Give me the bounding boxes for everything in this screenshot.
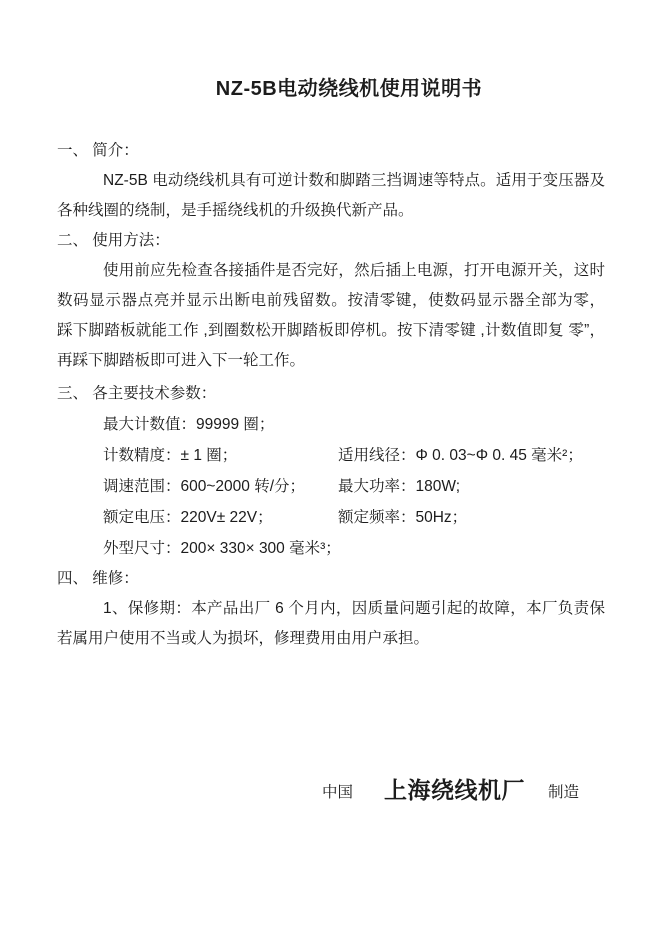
spec-row: 计数精度：± 1 圈；适用线径：Φ 0. 03~Φ 0. 45 毫米²；	[57, 440, 605, 471]
manual-document-page: NZ-5B电动绕线机使用说明书 一、 简介： NZ-5B 电动绕线机具有可逆计数…	[0, 0, 662, 936]
spec-max-power: 最大功率：180W;	[338, 471, 460, 502]
paragraph-line: 踩下脚踏板就能工作 ,到圈数松开脚踏板即停机。按下清零键 ,计数值即复 零”，	[57, 316, 605, 346]
specs-section: 三、 各主要技术参数： 最大计数值：99999 圈； 计数精度：± 1 圈；适用…	[57, 378, 605, 564]
paragraph-line: 数码显示器点亮并显示出断电前残留数。按清零键，使数码显示器全部为零，	[57, 286, 605, 316]
section-intro-heading: 一、 简介：	[57, 136, 605, 166]
paragraph-line: 使用前应先检查各接插件是否完好，然后插上电源，打开电源开关，这时	[57, 256, 605, 286]
footer-country-label: 中国	[322, 780, 353, 802]
section-repair-heading: 四、 维修：	[57, 564, 605, 594]
footer-factory-name: 上海绕线机厂	[384, 772, 525, 805]
paragraph-line: 1、保修期：本产品出厂 6 个月内，因质量问题引起的故障，本厂负责保修，	[57, 594, 605, 624]
spec-count-accuracy: 计数精度：± 1 圈；	[103, 440, 338, 471]
spec-max-count: 最大计数值：99999 圈；	[103, 409, 338, 440]
paragraph-line: 若属用户使用不当或人为损坏，修理费用由用户承担。	[57, 624, 605, 654]
document-body: 一、 简介： NZ-5B 电动绕线机具有可逆计数和脚踏三挡调速等特点。适用于变压…	[57, 136, 605, 654]
manufacturer-footer: 中国 上海绕线机厂 制造	[0, 772, 662, 808]
section-usage-heading: 二、 使用方法：	[57, 226, 605, 256]
spec-rated-frequency: 额定频率：50Hz；	[338, 502, 467, 533]
spec-row: 外型尺寸：200× 330× 300 毫米³；	[57, 533, 605, 564]
spec-row: 额定电压：220V± 22V；额定频率：50Hz；	[57, 502, 605, 533]
paragraph-line: 各种线圈的绕制，是手摇绕线机的升级换代新产品。	[57, 196, 605, 226]
paragraph-line: NZ-5B 电动绕线机具有可逆计数和脚踏三挡调速等特点。适用于变压器及	[57, 166, 605, 196]
spec-row: 调速范围：600~2000 转/分；最大功率：180W;	[57, 471, 605, 502]
spec-speed-range: 调速范围：600~2000 转/分；	[103, 471, 338, 502]
spec-dimensions: 外型尺寸：200× 330× 300 毫米³；	[103, 533, 338, 564]
section-specs-heading: 三、 各主要技术参数：	[57, 378, 605, 409]
spec-row: 最大计数值：99999 圈；	[57, 409, 605, 440]
spec-rated-voltage: 额定电压：220V± 22V；	[103, 502, 338, 533]
paragraph-line: 再踩下脚踏板即可进入下一轮工作。	[57, 346, 605, 376]
spec-wire-diameter: 适用线径：Φ 0. 03~Φ 0. 45 毫米²；	[338, 440, 583, 471]
document-title: NZ-5B电动绕线机使用说明书	[57, 76, 605, 103]
footer-made-label: 制造	[548, 780, 579, 802]
